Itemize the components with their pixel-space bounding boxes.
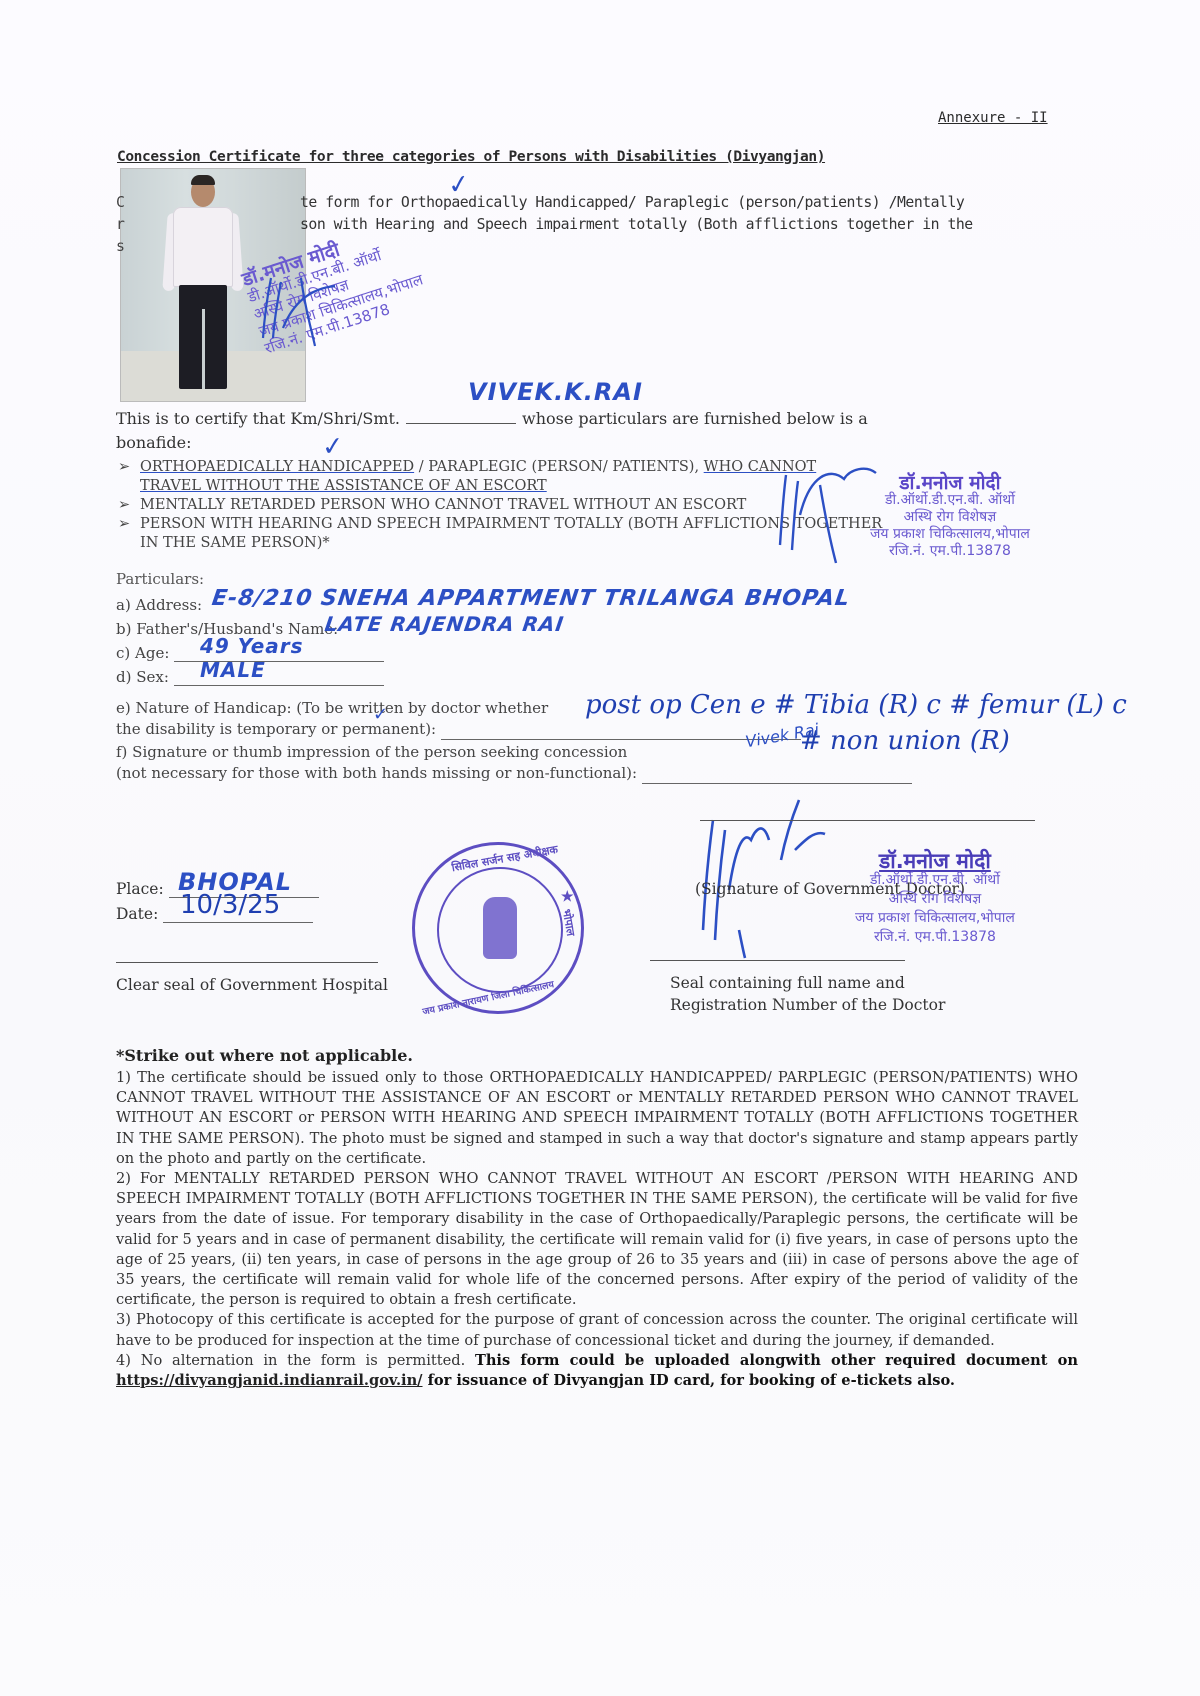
intro-paragraph: te form for Orthopaedically Handicapped/… (300, 192, 1060, 236)
photo-shirt (173, 207, 233, 287)
applicant-signature-field: f) Signature or thumb impression of the … (116, 742, 912, 784)
doctor-signature-line (700, 820, 1035, 821)
footnote-notes: 1) The certificate should be issued only… (116, 1068, 1078, 1391)
seal-inner-ring (437, 867, 563, 993)
intro-line: son with Hearing and Speech impairment t… (300, 214, 1060, 236)
note-3: 3) Photocopy of this certificate is acce… (116, 1310, 1078, 1350)
hospital-seal-line (116, 962, 378, 963)
note-1: 1) The certificate should be issued only… (116, 1068, 1078, 1169)
seal-line (650, 960, 905, 961)
date-value: 10/3/25 (180, 890, 280, 920)
certify-suffix: whose particulars are furnished below is… (522, 409, 868, 428)
bonafide-label: bonafide: (116, 433, 192, 452)
certify-line: This is to certify that Km/Shri/Smt.whos… (116, 409, 868, 428)
intro-fragment: C (116, 192, 128, 214)
photo-signature-icon (255, 268, 345, 348)
intro-line: te form for Orthopaedically Handicapped/… (300, 192, 1060, 214)
category-text-line2: IN THE SAME PERSON)* (140, 535, 330, 551)
divyangjan-portal-link[interactable]: https://divyangjanid.indianrail.gov.in/ (116, 1372, 423, 1389)
address-label: a) Address: (116, 596, 202, 614)
doctor-name-stamp: डॉ.मनोज मोदी डी.ऑर्थो.डी.एन.बी. ऑर्थो अस… (855, 852, 1015, 947)
stamp-line: डी.ऑर्थो.डी.एन.बी. ऑर्थो (870, 492, 1030, 509)
category-text: ORTHOPAEDICALLY HANDICAPPED / PARAPLEGIC… (140, 458, 816, 496)
stamp-line: डी.ऑर्थो.डी.एन.बी. ऑर्थो (855, 871, 1015, 890)
side-doctor-stamp: डॉ.मनोज मोदी डी.ऑर्थो.डी.एन.बी. ऑर्थो अस… (870, 475, 1030, 560)
age-value: 49 Years (200, 634, 304, 658)
stamp-line: रजि.नं. एम.पी.13878 (855, 928, 1015, 947)
note-4-plain: 4) No alternation in the form is permitt… (116, 1352, 475, 1369)
stamp-line: रजि.नं. एम.पी.13878 (870, 543, 1030, 560)
age-label: c) Age: (116, 644, 169, 662)
star-icon: ★ (561, 889, 574, 905)
category-text: MENTALLY RETARDED PERSON WHO CANNOT TRAV… (140, 496, 746, 515)
father-name-value: LATE RAJENDRA RAI (323, 612, 565, 636)
photo-leg-gap (202, 309, 205, 389)
signature-label-line1: f) Signature or thumb impression of the … (116, 742, 912, 763)
doctor-signature-icon (770, 455, 880, 565)
name-blank-line (406, 423, 516, 424)
intro-fragment: s (116, 236, 128, 258)
stamp-line: जय प्रकाश चिकित्सालय,भोपाल (855, 909, 1015, 928)
checkmark-icon: ✓ (373, 704, 388, 725)
checkmark-icon: ✓ (321, 431, 345, 463)
arrow-bullet-icon: ➢ (118, 515, 140, 553)
date-label: Date: (116, 905, 158, 923)
intro-fragment: r (116, 214, 128, 236)
category-text-d: TRAVEL WITHOUT THE ASSISTANCE OF AN ESCO… (140, 478, 547, 494)
seal-caption: Seal containing full name and Registrati… (670, 972, 945, 1016)
note-4-bold-b: for issuance of Divyangjan ID card, for … (423, 1372, 956, 1389)
sex-label: d) Sex: (116, 668, 169, 686)
hospital-seal: सिविल सर्जन सह अधीक्षक भोपाल जय प्रकाश न… (412, 842, 584, 1014)
note-4: 4) No alternation in the form is permitt… (116, 1351, 1078, 1391)
certificate-page: Annexure - II Concession Certificate for… (0, 0, 1200, 1696)
footnote-heading: *Strike out where not applicable. (116, 1046, 413, 1065)
certificate-title: Concession Certificate for three categor… (117, 149, 825, 165)
category-text-a: ORTHOPAEDICALLY HANDICAPPED (140, 459, 414, 475)
particulars-heading: Particulars: (116, 570, 204, 588)
signature-label-line2: (not necessary for those with both hands… (116, 764, 637, 782)
applicant-name-handwritten: VIVEK.K.RAI (468, 378, 643, 406)
place-label: Place: (116, 880, 164, 898)
national-emblem-icon (483, 897, 517, 959)
nature-value-handwritten: post op Cen e # Tibia (R) c # femur (L) … (585, 690, 1127, 720)
stamp-line: अस्थि रोग विशेषज्ञ (855, 890, 1015, 909)
annexure-label: Annexure - II (938, 110, 1048, 126)
note-4-bold-a: This form could be uploaded alongwith ot… (475, 1352, 1078, 1369)
stamp-line: अस्थि रोग विशेषज्ञ (870, 509, 1030, 526)
stamp-line: जय प्रकाश चिकित्सालय,भोपाल (870, 526, 1030, 543)
sex-value: MALE (200, 658, 266, 682)
certify-prefix: This is to certify that Km/Shri/Smt. (116, 409, 400, 428)
photo-hair (191, 175, 215, 185)
category-text-b: / PARAPLEGIC (PERSON/ PATIENTS), (414, 459, 704, 475)
arrow-bullet-icon: ➢ (118, 496, 140, 515)
stamp-line: डॉ.मनोज मोदी (870, 475, 1030, 492)
note-2: 2) For MENTALLY RETARDED PERSON WHO CANN… (116, 1169, 1078, 1310)
checkmark-icon: ✓ (446, 169, 472, 202)
address-value: E-8/210 SNEHA APPARTMENT TRILANGA BHOPAL (210, 586, 852, 611)
doctor-signature-main-icon (695, 790, 845, 960)
seal-caption-line2: Registration Number of the Doctor (670, 994, 945, 1016)
intro-left-fragments: C r s (116, 192, 128, 258)
hospital-seal-caption: Clear seal of Government Hospital (116, 976, 388, 994)
address-field: a) Address: (116, 596, 202, 614)
arrow-bullet-icon: ➢ (118, 458, 140, 496)
signature-blank-line (642, 767, 912, 784)
stamp-line: डॉ.मनोज मोदी (855, 852, 1015, 871)
seal-caption-line1: Seal containing full name and (670, 972, 945, 994)
